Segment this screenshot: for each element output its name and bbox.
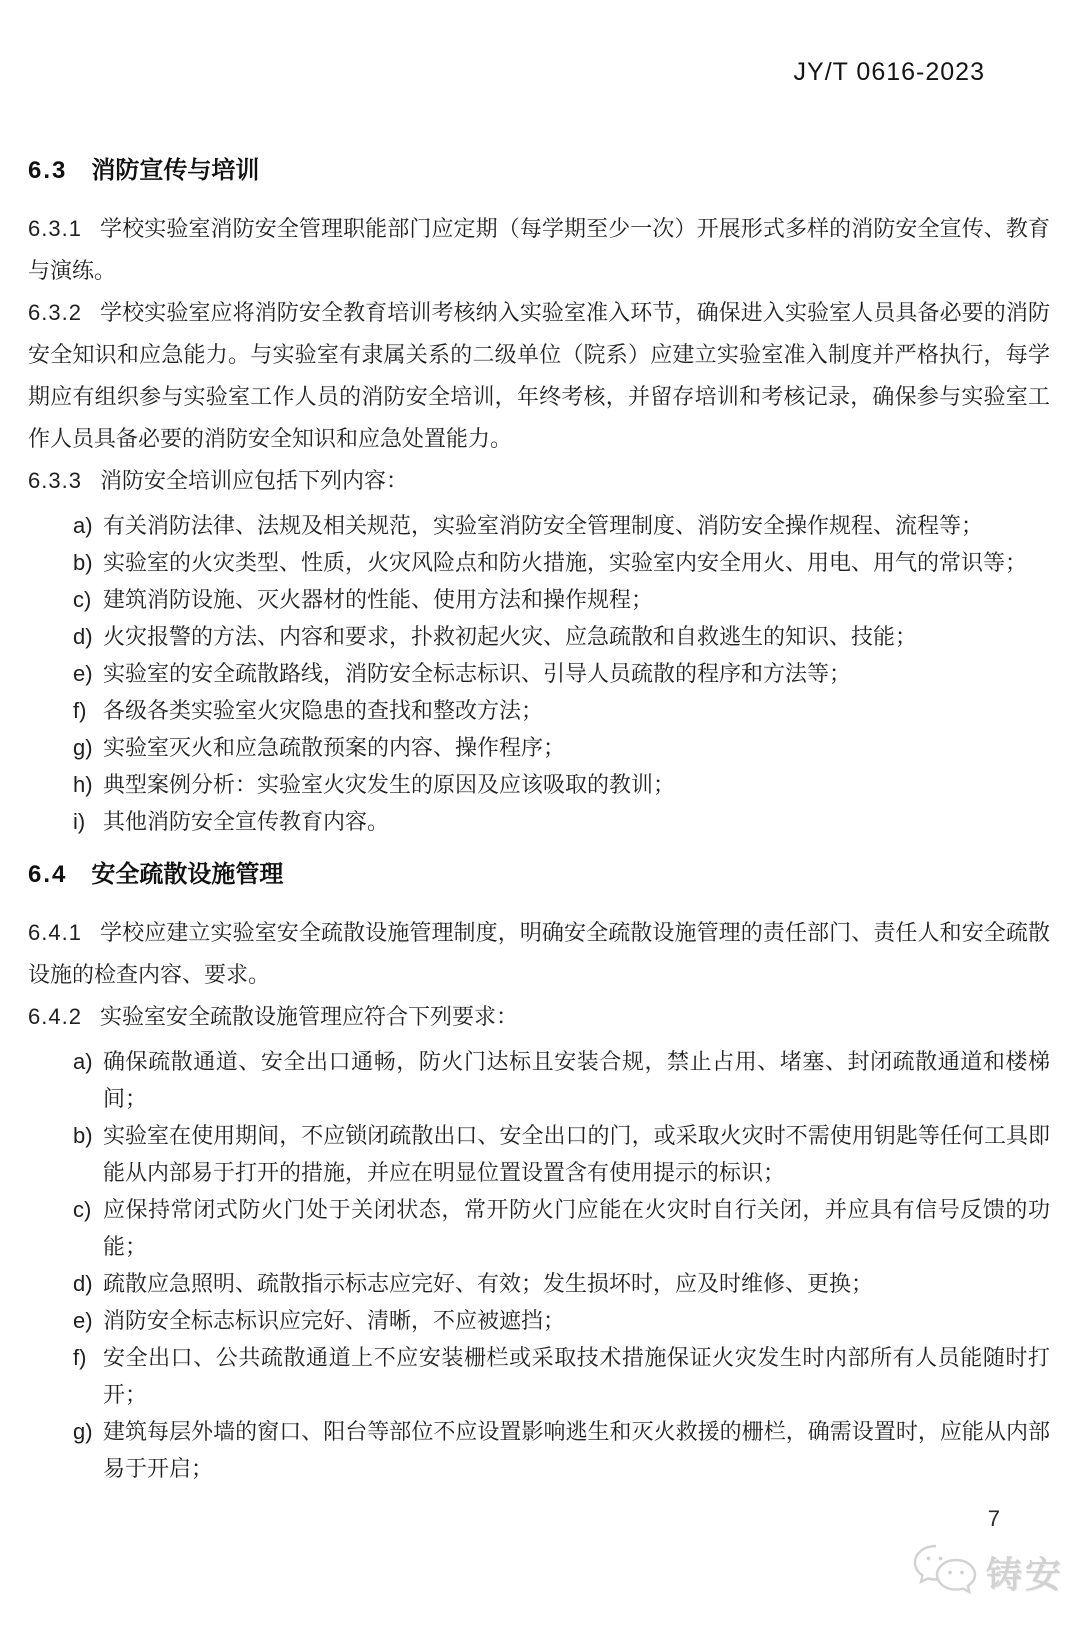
list-item: a)确保疏散通道、安全出口通畅，防火门达标且安装合规，禁止占用、堵塞、封闭疏散通… [73,1043,1050,1117]
list-item-label: b) [73,1117,93,1154]
clause-6-3-2: 6.3.2学校实验室应将消防安全教育培训考核纳入实验室准入环节，确保进入实验室人… [28,292,1050,460]
clause-6-4-1: 6.4.1学校应建立实验室安全疏散设施管理制度，明确安全疏散设施管理的责任部门、… [28,912,1050,996]
list-item: c)建筑消防设施、灭火器材的性能、使用方法和操作规程； [73,581,1050,618]
list-item-text: 建筑消防设施、灭火器材的性能、使用方法和操作规程； [103,587,653,612]
list-item-label: e) [73,1302,93,1339]
list-item: b)实验室在使用期间，不应锁闭疏散出口、安全出口的门，或采取火灾时不需使用钥匙等… [73,1117,1050,1191]
section-heading-6-4: 6.4安全疏散设施管理 [28,860,1050,890]
list-item: b)实验室的火灾类型、性质，火灾风险点和防火措施，实验室内安全用火、用电、用气的… [73,544,1050,581]
clause-number: 6.3.2 [28,300,82,325]
list-item-text: 各级各类实验室火灾隐患的查找和整改方法； [103,698,543,723]
list-item-label: d) [73,618,93,655]
watermark-text: 铸安 [986,1547,1064,1598]
list-item-text: 火灾报警的方法、内容和要求，扑救初起火灾、应急疏散和自救逃生的知识、技能； [103,624,917,649]
list-item-label: g) [73,1413,93,1450]
list-item-text: 建筑每层外墙的窗口、阳台等部位不应设置影响逃生和灭火救援的栅栏，确需设置时，应能… [103,1419,1050,1481]
standard-code: JY/T 0616-2023 [794,58,985,87]
list-item-label: f) [73,692,86,729]
page-number: 7 [988,1506,1000,1532]
list-item: d)疏散应急照明、疏散指示标志应完好、有效；发生损坏时，应及时维修、更换； [73,1265,1050,1302]
list-item-label: f) [73,1339,86,1376]
list-item-label: h) [73,766,93,803]
list-item-label: c) [73,1191,91,1228]
list-item-label: g) [73,729,93,766]
document-page: { "header": { "standard_code": "JY/T 061… [0,0,1080,1631]
document-body: 6.3消防宣传与培训 6.3.1学校实验室消防安全管理职能部门应定期（每学期至少… [0,0,1080,1487]
list-item: f)安全出口、公共疏散通道上不应安装栅栏或采取技术措施保证火灾发生时内部所有人员… [73,1339,1050,1413]
list-item-text: 实验室灭火和应急疏散预案的内容、操作程序； [103,735,565,760]
list-item-text: 消防安全标志标识应完好、清晰，不应被遮挡； [103,1308,565,1333]
clause-text: 学校实验室消防安全管理职能部门应定期（每学期至少一次）开展形式多样的消防安全宣传… [28,216,1050,283]
list-item-label: i) [73,803,85,840]
list-item-text: 应保持常闭式防火门处于关闭状态，常开防火门应能在火灾时自行关闭，并应具有信号反馈… [103,1197,1050,1259]
list-item-label: e) [73,655,93,692]
list-item: g)实验室灭火和应急疏散预案的内容、操作程序； [73,729,1050,766]
list-item-label: b) [73,544,93,581]
list-6-3-3: a)有关消防法律、法规及相关规范，实验室消防安全管理制度、消防安全操作规程、流程… [28,507,1050,840]
clause-6-3-3: 6.3.3消防安全培训应包括下列内容： [28,460,1050,502]
section-number: 6.4 [28,861,67,888]
clause-number: 6.3.3 [28,468,82,493]
list-item: d)火灾报警的方法、内容和要求，扑救初起火灾、应急疏散和自救逃生的知识、技能； [73,618,1050,655]
section-title: 安全疏散设施管理 [91,861,283,888]
list-item-text: 实验室的安全疏散路线，消防安全标志标识、引导人员疏散的程序和方法等； [103,661,851,686]
list-item-label: d) [73,1265,93,1302]
list-item-text: 典型案例分析：实验室火灾发生的原因及应该吸取的教训； [103,772,675,797]
list-item-label: c) [73,581,91,618]
list-item-text: 其他消防安全宣传教育内容。 [103,809,389,834]
list-item-text: 实验室的火灾类型、性质，火灾风险点和防火措施，实验室内安全用火、用电、用气的常识… [103,550,1027,575]
list-item-label: a) [73,507,93,544]
clause-number: 6.4.2 [28,1004,82,1029]
wechat-bubbles-icon [912,1544,978,1601]
clause-text: 学校实验室应将消防安全教育培训考核纳入实验室准入环节，确保进入实验室人员具备必要… [28,300,1050,451]
clause-6-3-1: 6.3.1学校实验室消防安全管理职能部门应定期（每学期至少一次）开展形式多样的消… [28,208,1050,292]
list-item-text: 疏散应急照明、疏散指示标志应完好、有效；发生损坏时，应及时维修、更换； [103,1271,873,1296]
section-title: 消防宣传与培训 [91,157,259,184]
list-item: h)典型案例分析：实验室火灾发生的原因及应该吸取的教训； [73,766,1050,803]
list-item: c)应保持常闭式防火门处于关闭状态，常开防火门应能在火灾时自行关闭，并应具有信号… [73,1191,1050,1265]
clause-text: 学校应建立实验室安全疏散设施管理制度，明确安全疏散设施管理的责任部门、责任人和安… [28,920,1050,987]
list-item-label: a) [73,1043,93,1080]
clause-6-4-2: 6.4.2实验室安全疏散设施管理应符合下列要求： [28,996,1050,1038]
clause-text: 实验室安全疏散设施管理应符合下列要求： [100,1004,518,1029]
clause-number: 6.3.1 [28,216,82,241]
list-item: f)各级各类实验室火灾隐患的查找和整改方法； [73,692,1050,729]
list-item: i)其他消防安全宣传教育内容。 [73,803,1050,840]
section-number: 6.3 [28,157,67,184]
list-item-text: 有关消防法律、法规及相关规范，实验室消防安全管理制度、消防安全操作规程、流程等； [103,513,983,538]
clause-number: 6.4.1 [28,920,82,945]
section-heading-6-3: 6.3消防宣传与培训 [28,156,1050,186]
list-item: a)有关消防法律、法规及相关规范，实验室消防安全管理制度、消防安全操作规程、流程… [73,507,1050,544]
list-item-text: 确保疏散通道、安全出口通畅，防火门达标且安装合规，禁止占用、堵塞、封闭疏散通道和… [103,1049,1050,1111]
watermark: 铸安 [912,1544,1064,1601]
list-6-4-2: a)确保疏散通道、安全出口通畅，防火门达标且安装合规，禁止占用、堵塞、封闭疏散通… [28,1043,1050,1487]
list-item: g)建筑每层外墙的窗口、阳台等部位不应设置影响逃生和灭火救援的栅栏，确需设置时，… [73,1413,1050,1487]
list-item: e)消防安全标志标识应完好、清晰，不应被遮挡； [73,1302,1050,1339]
list-item: e)实验室的安全疏散路线，消防安全标志标识、引导人员疏散的程序和方法等； [73,655,1050,692]
list-item-text: 实验室在使用期间，不应锁闭疏散出口、安全出口的门，或采取火灾时不需使用钥匙等任何… [103,1123,1050,1185]
clause-text: 消防安全培训应包括下列内容： [100,468,408,493]
list-item-text: 安全出口、公共疏散通道上不应安装栅栏或采取技术措施保证火灾发生时内部所有人员能随… [103,1345,1050,1407]
